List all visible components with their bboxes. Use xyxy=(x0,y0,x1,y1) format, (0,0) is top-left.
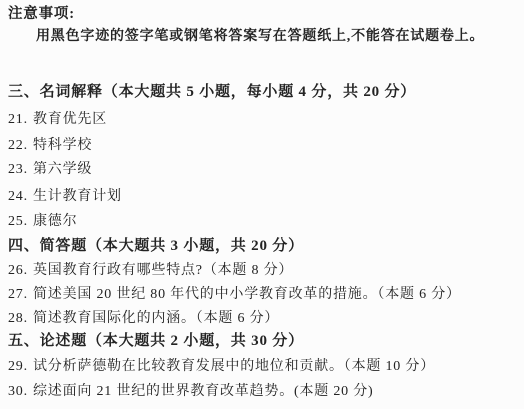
question-24-text: 生计教育计划 xyxy=(33,189,122,204)
question-23-text: 第六学级 xyxy=(33,162,92,177)
question-22: 22.特科学校 xyxy=(8,137,92,154)
notice-instruction: 用黑色字迹的签字笔或钢笔将答案写在答题纸上,不能答在试题卷上。 xyxy=(36,28,484,45)
question-25: 25.康德尔 xyxy=(8,213,77,230)
question-30-text: 综述面向 21 世纪的世界教育改革趋势。(本题 20 分) xyxy=(33,384,374,399)
question-29: 29.试分析萨德勒在比较教育发展中的地位和贡献。（本题 10 分） xyxy=(8,358,435,375)
question-28-number: 28. xyxy=(8,310,33,327)
question-25-text: 康德尔 xyxy=(33,214,77,229)
question-30: 30.综述面向 21 世纪的世界教育改革趋势。(本题 20 分) xyxy=(8,383,374,400)
question-23: 23.第六学级 xyxy=(8,161,92,178)
question-27-text: 简述美国 20 世纪 80 年代的中小学教育改革的措施。（本题 6 分） xyxy=(33,287,461,302)
question-22-text: 特科学校 xyxy=(33,138,92,153)
question-22-number: 22. xyxy=(8,137,33,154)
notice-title: 注意事项: xyxy=(8,6,75,23)
question-25-number: 25. xyxy=(8,213,33,230)
section-heading-essay: 五、论述题（本大题共 2 小题，共 30 分） xyxy=(8,333,304,350)
question-28: 28.简述教育国际化的内涵。（本题 6 分） xyxy=(8,310,279,327)
question-24-number: 24. xyxy=(8,188,33,205)
section-heading-term-explanation: 三、名词解释（本大题共 5 小题，每小题 4 分，共 20 分） xyxy=(8,84,416,101)
question-26-number: 26. xyxy=(8,262,33,279)
question-29-text: 试分析萨德勒在比较教育发展中的地位和贡献。（本题 10 分） xyxy=(33,359,435,374)
question-21: 21.教育优先区 xyxy=(8,111,107,128)
question-21-number: 21. xyxy=(8,111,33,128)
question-21-text: 教育优先区 xyxy=(33,112,107,127)
exam-paper-page: 注意事项: 用黑色字迹的签字笔或钢笔将答案写在答题纸上,不能答在试题卷上。 三、… xyxy=(0,0,524,409)
question-27: 27.简述美国 20 世纪 80 年代的中小学教育改革的措施。（本题 6 分） xyxy=(8,286,461,303)
question-26-text: 英国教育行政有哪些特点?（本题 8 分） xyxy=(33,263,293,278)
question-29-number: 29. xyxy=(8,358,33,375)
question-24: 24.生计教育计划 xyxy=(8,188,122,205)
question-28-text: 简述教育国际化的内涵。（本题 6 分） xyxy=(33,311,279,326)
section-heading-short-answer: 四、简答题（本大题共 3 小题，共 20 分） xyxy=(8,238,304,255)
question-23-number: 23. xyxy=(8,161,33,178)
question-30-number: 30. xyxy=(8,383,33,400)
question-27-number: 27. xyxy=(8,286,33,303)
question-26: 26.英国教育行政有哪些特点?（本题 8 分） xyxy=(8,262,293,279)
